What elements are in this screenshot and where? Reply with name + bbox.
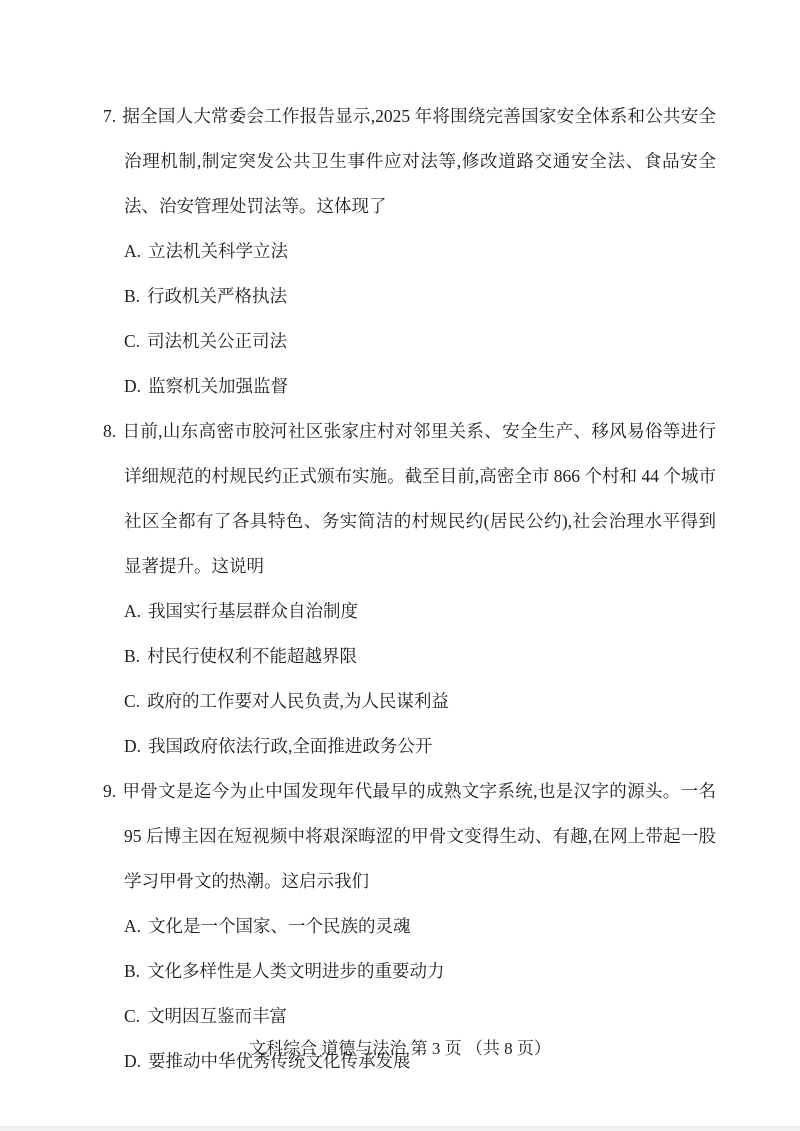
question-7-option-c: C.司法机关公正司法 xyxy=(103,319,716,364)
option-label: D. xyxy=(124,376,148,396)
option-text: 村民行使权利不能超越界限 xyxy=(147,646,357,666)
option-label: B. xyxy=(124,961,147,981)
option-text: 我国政府依法行政,全面推进政务公开 xyxy=(148,736,432,756)
page-footer: 文科综合 道德与法治 第 3 页 （共 8 页） xyxy=(0,1037,800,1061)
option-label: B. xyxy=(124,286,147,306)
option-label: C. xyxy=(124,1006,147,1026)
question-9-number: 9. xyxy=(103,781,122,801)
question-8-option-c: C.政府的工作要对人民负责,为人民谋利益 xyxy=(103,679,716,724)
question-7-option-b: B.行政机关严格执法 xyxy=(103,274,716,319)
question-7-stem: 7.据全国人大常委会工作报告显示,2025 年将围绕完善国家安全体系和公共安全治… xyxy=(103,94,716,229)
option-text: 监察机关加强监督 xyxy=(148,376,288,396)
option-text: 我国实行基层群众自治制度 xyxy=(148,601,358,621)
question-7-option-d: D.监察机关加强监督 xyxy=(103,364,716,409)
scan-bottom-edge xyxy=(0,1126,800,1131)
option-text: 文明因互鉴而丰富 xyxy=(147,1006,287,1026)
option-label: A. xyxy=(124,916,148,936)
question-7-number: 7. xyxy=(103,106,122,126)
question-9-option-b: B.文化多样性是人类文明进步的重要动力 xyxy=(103,949,716,994)
option-label: C. xyxy=(124,691,147,711)
question-8-option-d: D.我国政府依法行政,全面推进政务公开 xyxy=(103,724,716,769)
question-8-option-b: B.村民行使权利不能超越界限 xyxy=(103,634,716,679)
question-8-option-a: A.我国实行基层群众自治制度 xyxy=(103,589,716,634)
question-9-option-a: A.文化是一个国家、一个民族的灵魂 xyxy=(103,904,716,949)
question-8: 8.日前,山东高密市胶河社区张家庄村对邻里关系、安全生产、移风易俗等进行详细规范… xyxy=(103,409,716,769)
option-label: C. xyxy=(124,331,147,351)
questions-area: 7.据全国人大常委会工作报告显示,2025 年将围绕完善国家安全体系和公共安全治… xyxy=(103,94,716,1084)
option-text: 行政机关严格执法 xyxy=(147,286,287,306)
question-9-stem-text: 甲骨文是迄今为止中国发现年代最早的成熟文字系统,也是汉字的源头。一名 95 后博… xyxy=(122,781,716,891)
question-8-number: 8. xyxy=(103,421,122,441)
question-7: 7.据全国人大常委会工作报告显示,2025 年将围绕完善国家安全体系和公共安全治… xyxy=(103,94,716,409)
question-8-stem-text: 日前,山东高密市胶河社区张家庄村对邻里关系、安全生产、移风易俗等进行详细规范的村… xyxy=(122,421,716,576)
option-text: 文化多样性是人类文明进步的重要动力 xyxy=(147,961,445,981)
question-7-option-a: A.立法机关科学立法 xyxy=(103,229,716,274)
question-9-option-c: C.文明因互鉴而丰富 xyxy=(103,994,716,1039)
question-7-stem-text: 据全国人大常委会工作报告显示,2025 年将围绕完善国家安全体系和公共安全治理机… xyxy=(122,106,716,216)
option-text: 司法机关公正司法 xyxy=(147,331,287,351)
option-label: B. xyxy=(124,646,147,666)
option-label: A. xyxy=(124,241,148,261)
option-label: A. xyxy=(124,601,148,621)
question-8-stem: 8.日前,山东高密市胶河社区张家庄村对邻里关系、安全生产、移风易俗等进行详细规范… xyxy=(103,409,716,589)
option-text: 政府的工作要对人民负责,为人民谋利益 xyxy=(147,691,449,711)
question-9-stem: 9.甲骨文是迄今为止中国发现年代最早的成熟文字系统,也是汉字的源头。一名 95 … xyxy=(103,769,716,904)
option-label: D. xyxy=(124,736,148,756)
option-text: 立法机关科学立法 xyxy=(148,241,288,261)
option-text: 文化是一个国家、一个民族的灵魂 xyxy=(148,916,411,936)
